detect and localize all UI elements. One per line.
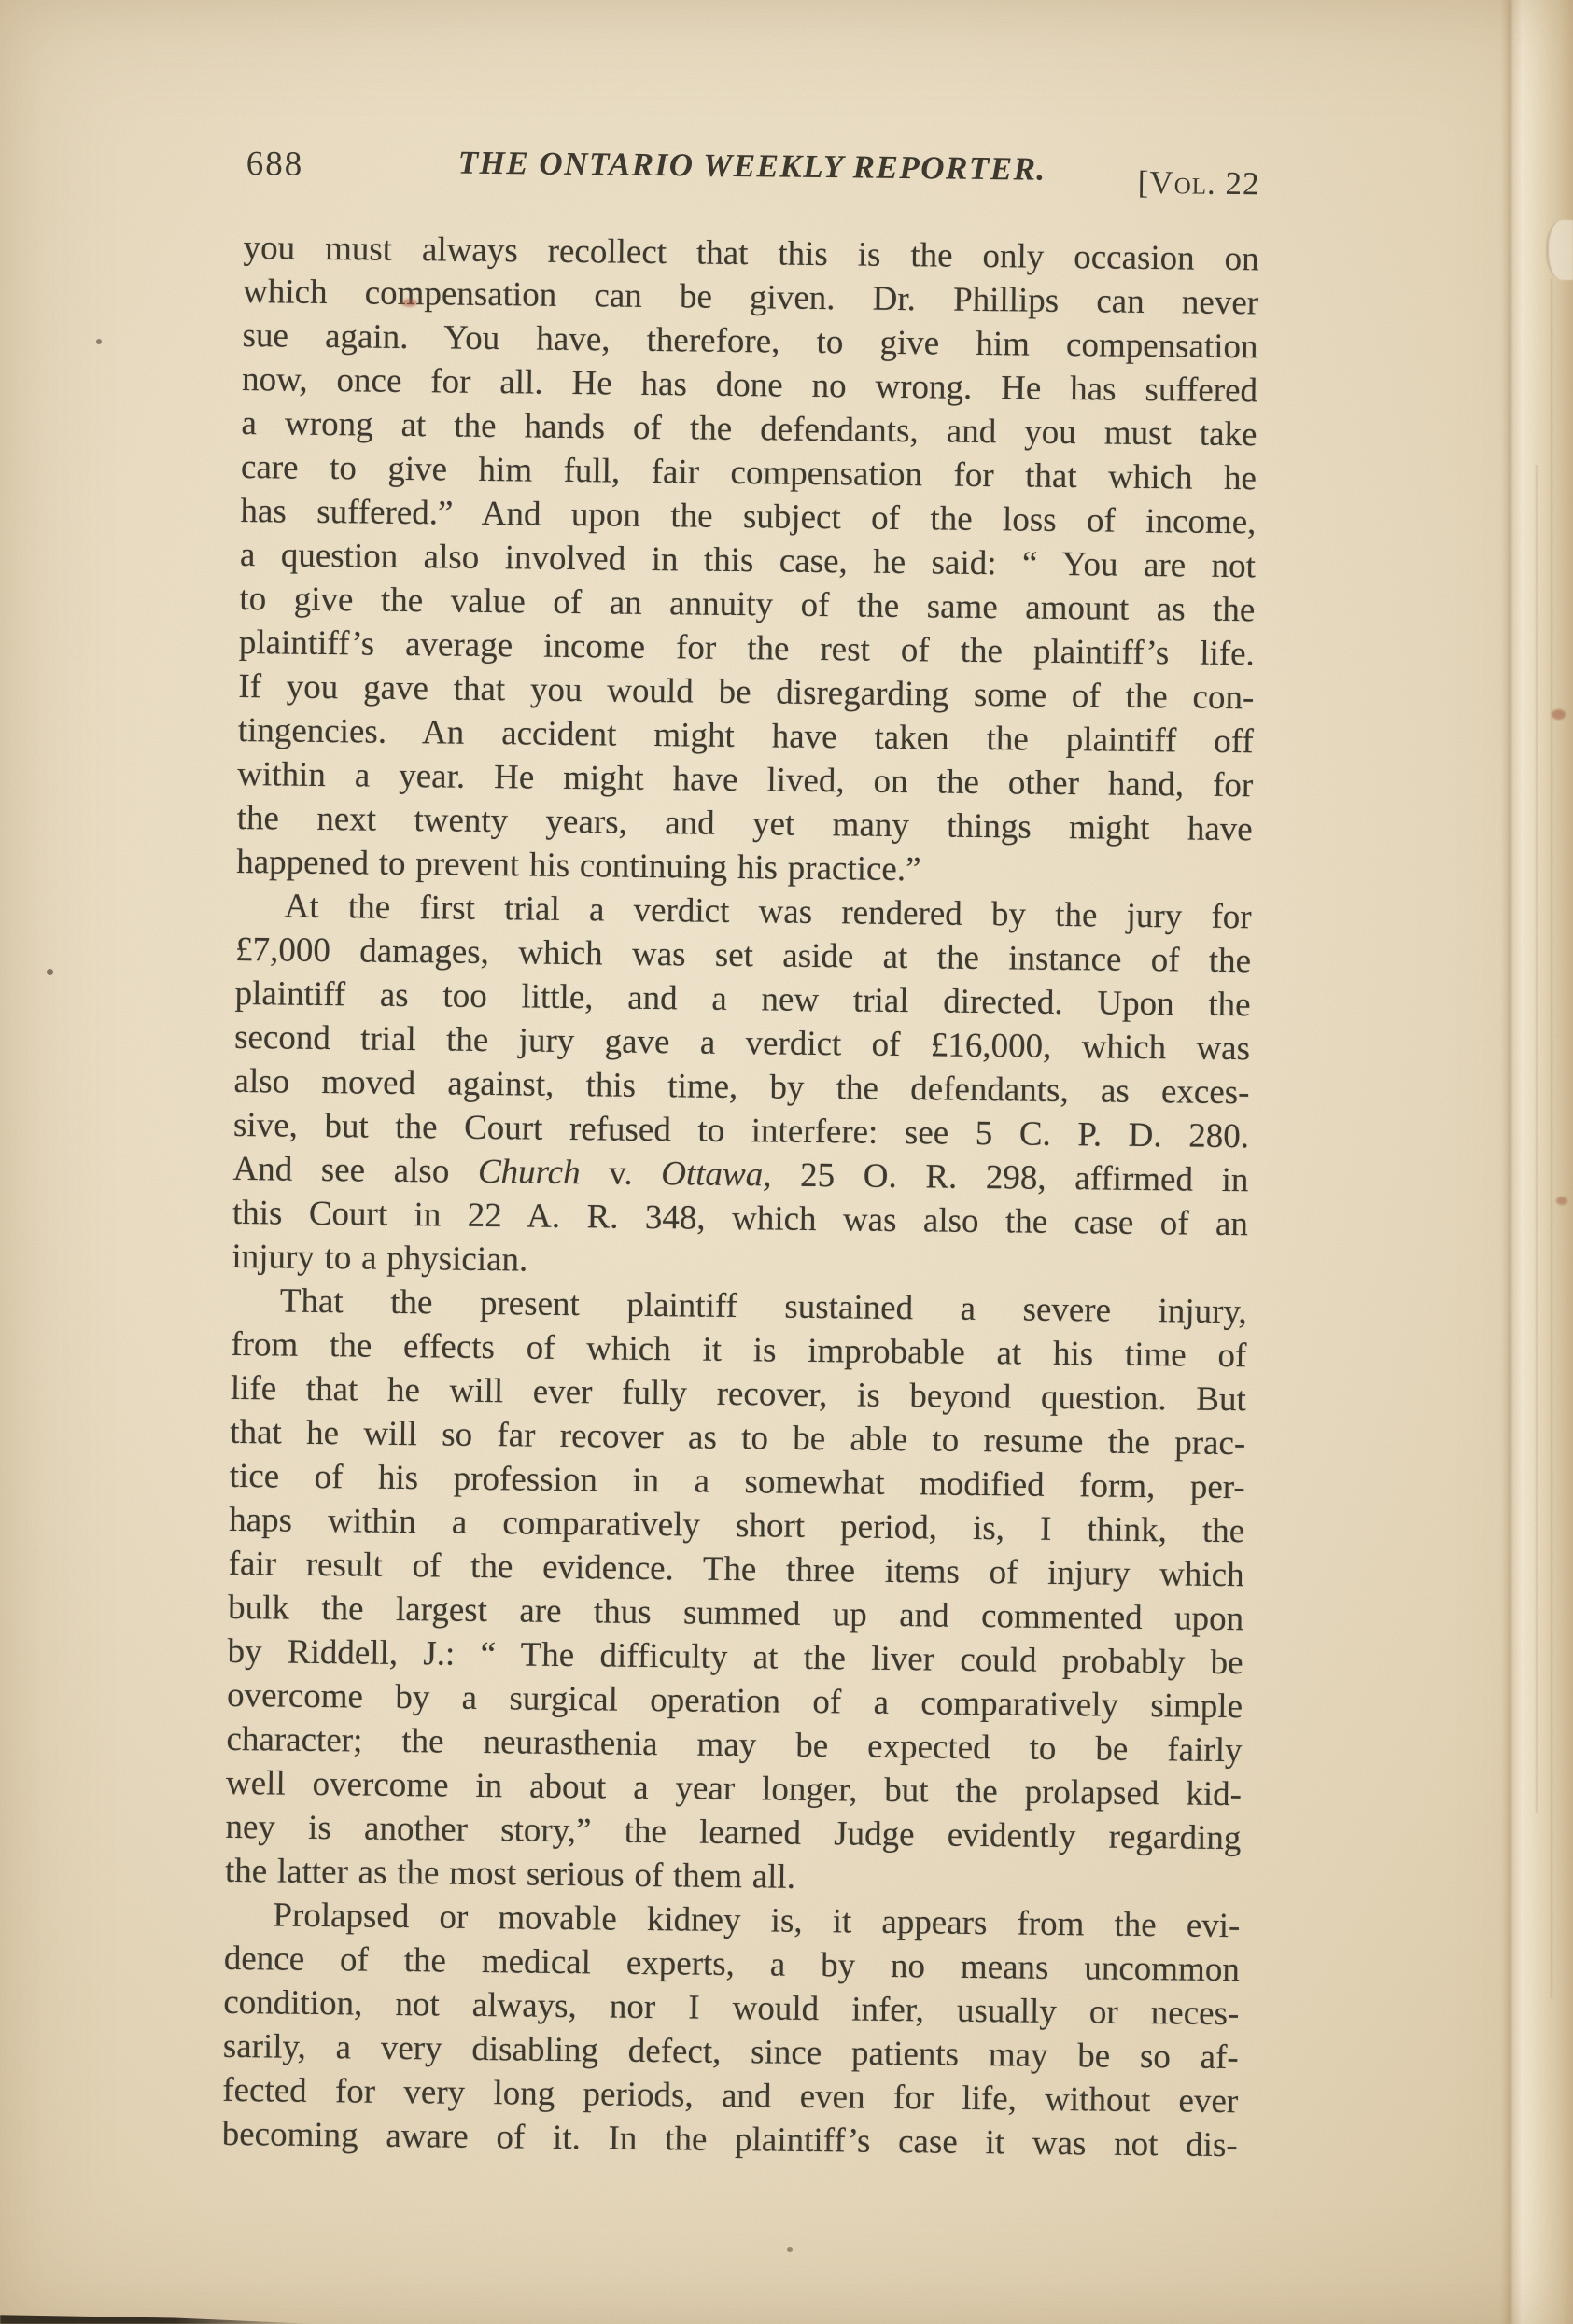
paragraph: That the present plaintiff sustained a s… — [225, 1279, 1247, 1904]
paragraph: Prolapsed or movable kidney is, it appea… — [221, 1893, 1240, 2167]
page-body: you must always recollect that this is t… — [221, 226, 1258, 2167]
paragraph: you must always recollect that this is t… — [236, 226, 1259, 895]
paper-speck — [96, 339, 102, 344]
page-number: 688 — [246, 144, 303, 185]
running-title: THE ONTARIO WEEKLY REPORTER. — [458, 145, 1046, 189]
stacked-page-edge — [1536, 465, 1538, 1813]
paper-speck — [787, 2247, 793, 2252]
page-content: 688 THE ONTARIO WEEKLY REPORTER. [Vol. 2… — [221, 140, 1259, 2167]
page-header: 688 THE ONTARIO WEEKLY REPORTER. [Vol. 2… — [244, 140, 1260, 205]
paper-speck — [47, 969, 53, 975]
volume-label: [Vol. 22 — [1138, 164, 1260, 203]
paragraph: At the first trial a verdict was rendere… — [232, 884, 1252, 1290]
page-edge-seam — [1509, 0, 1511, 2324]
paper-nick — [1546, 220, 1573, 280]
scan-bottom-edge — [0, 2312, 317, 2324]
book-page-scan: 688 THE ONTARIO WEEKLY REPORTER. [Vol. 2… — [0, 0, 1573, 2324]
stacked-page-edge — [1551, 279, 1552, 1999]
